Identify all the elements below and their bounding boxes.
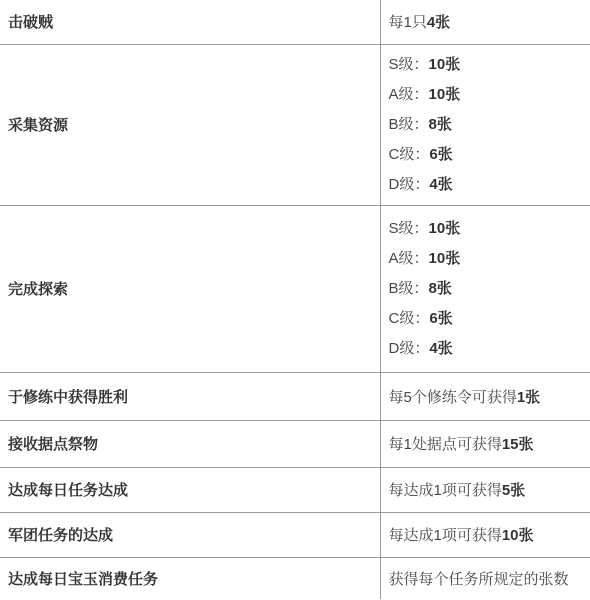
grade-amount: 6张 (429, 146, 452, 163)
grade-line: D级：4张 (389, 334, 583, 364)
reward-cell: 每1只4张 (380, 0, 590, 44)
grade-amount: 8张 (429, 280, 452, 297)
grade-line: C级：6张 (389, 304, 583, 334)
grade-list: S级：10张 A级：10张 B级：8张 C级：6张 D级：4张 (389, 209, 583, 369)
grade-label: A级： (389, 86, 429, 103)
reward-amount: 10张 (502, 527, 534, 544)
task-label: 采集资源 (8, 117, 68, 134)
reward-text: 每1只 (389, 14, 427, 31)
grade-amount: 4张 (429, 176, 452, 193)
grade-amount: 10张 (429, 56, 461, 73)
reward-cell: 每达成1项可获得5张 (380, 467, 590, 512)
task-cell: 接收据点祭物 (0, 420, 380, 467)
task-cell: 击破贼 (0, 0, 380, 44)
reward-cell: 每1处据点可获得15张 (380, 420, 590, 467)
grade-label: B级： (389, 280, 429, 297)
grade-amount: 4张 (429, 340, 452, 357)
page: 击破贼 每1只4张 采集资源 S级：10张 A级：10张 B级：8张 C级：6张… (0, 0, 590, 600)
reward-text: 获得每个任务所规定的张数 (389, 571, 569, 588)
task-cell: 达成每日任务达成 (0, 467, 380, 512)
grade-amount: 6张 (429, 310, 452, 327)
reward-cell: 获得每个任务所规定的张数 (380, 557, 590, 599)
reward-text: 每1处据点可获得 (389, 436, 502, 453)
task-label: 完成探索 (8, 281, 68, 298)
reward-cell: S级：10张 A级：10张 B级：8张 C级：6张 D级：4张 (380, 205, 590, 372)
task-cell: 军团任务的达成 (0, 512, 380, 557)
grade-line: A级：10张 (389, 80, 583, 110)
table-row: 达成每日宝玉消费任务 获得每个任务所规定的张数 (0, 557, 590, 599)
task-cell: 完成探索 (0, 205, 380, 372)
reward-text: 每达成1项可获得 (389, 482, 502, 499)
grade-line: S级：10张 (389, 50, 583, 80)
reward-text: 每5个修练令可获得 (389, 389, 517, 406)
grade-amount: 8张 (429, 116, 452, 133)
grade-line: B级：8张 (389, 274, 583, 304)
grade-amount: 10张 (429, 250, 461, 267)
reward-cell: 每5个修练令可获得1张 (380, 372, 590, 420)
table-row: 于修练中获得胜利 每5个修练令可获得1张 (0, 372, 590, 420)
grade-label: D级： (389, 176, 430, 193)
grade-label: B级： (389, 116, 429, 133)
grade-line: C级：6张 (389, 140, 583, 170)
reward-cell: 每达成1项可获得10张 (380, 512, 590, 557)
grade-label: A级： (389, 250, 429, 267)
grade-line: D级：4张 (389, 170, 583, 200)
task-label: 达成每日任务达成 (8, 482, 128, 499)
task-label: 达成每日宝玉消费任务 (8, 571, 158, 588)
task-cell: 于修练中获得胜利 (0, 372, 380, 420)
reward-amount: 15张 (502, 436, 534, 453)
task-label: 于修练中获得胜利 (8, 389, 128, 406)
task-label: 接收据点祭物 (8, 436, 98, 453)
grade-amount: 10张 (429, 86, 461, 103)
reward-cell: S级：10张 A级：10张 B级：8张 C级：6张 D级：4张 (380, 44, 590, 205)
grade-label: S级： (389, 220, 429, 237)
grade-line: A级：10张 (389, 244, 583, 274)
task-cell: 达成每日宝玉消费任务 (0, 557, 380, 599)
table-row: 达成每日任务达成 每达成1项可获得5张 (0, 467, 590, 512)
grade-amount: 10张 (429, 220, 461, 237)
reward-text: 每达成1项可获得 (389, 527, 502, 544)
reward-amount: 1张 (517, 389, 540, 406)
grade-line: B级：8张 (389, 110, 583, 140)
table-row: 击破贼 每1只4张 (0, 0, 590, 44)
task-cell: 采集资源 (0, 44, 380, 205)
grade-line: S级：10张 (389, 214, 583, 244)
reward-amount: 5张 (502, 482, 525, 499)
task-label: 军团任务的达成 (8, 527, 113, 544)
table-row: 接收据点祭物 每1处据点可获得15张 (0, 420, 590, 467)
grade-label: D级： (389, 340, 430, 357)
grade-label: C级： (389, 146, 430, 163)
reward-table: 击破贼 每1只4张 采集资源 S级：10张 A级：10张 B级：8张 C级：6张… (0, 0, 590, 599)
grade-list: S级：10张 A级：10张 B级：8张 C级：6张 D级：4张 (389, 45, 583, 205)
grade-label: C级： (389, 310, 430, 327)
grade-label: S级： (389, 56, 429, 73)
table-row: 采集资源 S级：10张 A级：10张 B级：8张 C级：6张 D级：4张 (0, 44, 590, 205)
table-row: 军团任务的达成 每达成1项可获得10张 (0, 512, 590, 557)
table-row: 完成探索 S级：10张 A级：10张 B级：8张 C级：6张 D级：4张 (0, 205, 590, 372)
task-label: 击破贼 (8, 14, 53, 31)
reward-amount: 4张 (427, 14, 450, 31)
